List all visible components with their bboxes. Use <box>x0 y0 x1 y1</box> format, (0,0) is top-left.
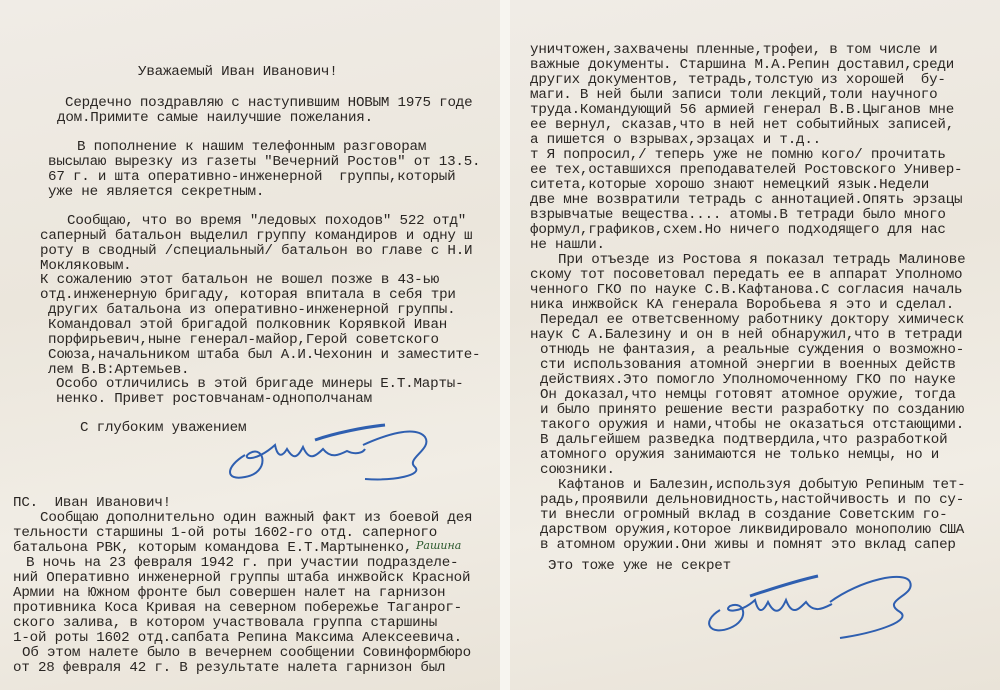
text-line: Командовал этой бригадой полковник Коряв… <box>48 317 447 333</box>
text-line: не нашли. <box>530 237 605 253</box>
signature-right <box>700 560 940 650</box>
text-line: отд.инженерную бригаду, которая впитала … <box>40 287 456 303</box>
text-line: Он доказал,что немцы готовят атомное ору… <box>540 387 956 403</box>
signature-left <box>215 415 475 485</box>
text-line: такого оружия и нами,чтобы не оказаться … <box>540 417 964 433</box>
text-line: скому тот посоветовал передать ее в аппа… <box>530 267 962 283</box>
text-line: других документов, тетрадь,толстую из хо… <box>530 72 946 88</box>
text-line: 1-ой роты 1602 отд.сапбата Репина Максим… <box>13 630 462 646</box>
text-line: ти внесли огромный вклад в создание Сове… <box>540 507 947 523</box>
text-line: 67 г. и шта оперативно-инженерной группы… <box>48 169 455 185</box>
text-line: К сожалению этот батальон не вошел позже… <box>40 272 439 288</box>
text-line: батальона РВК, которым командова Е.Т.Мар… <box>13 540 412 556</box>
handwritten-note: Рашина <box>416 539 461 552</box>
text-line: ского залива, в котором участвовала груп… <box>13 615 437 631</box>
letter-page-right: уничтожен,захвачены пленные,трофеи, в то… <box>510 0 1000 690</box>
text-line: ченного ГКО по науке С.В.Кафтанова.С сог… <box>530 282 962 298</box>
text-line: Сообщаю, что во время "ледовых походов" … <box>67 213 466 229</box>
text-line: В ночь на 23 февраля 1942 г. при участии… <box>26 555 458 571</box>
text-line: ний Оперативно инженерной группы штаба и… <box>13 570 470 586</box>
text-line: сти использования атомной энергии в воен… <box>540 357 956 373</box>
text-line: дарством оружия,которое ликвидировало мо… <box>540 522 964 538</box>
text-line: Об этом налете было в вечернем сообщении… <box>22 645 471 661</box>
text-line: уже не является секретным. <box>48 184 264 200</box>
text-line: Армии на Южном фронте был совершен налет… <box>13 585 445 601</box>
text-line: ПС. Иван Иванович! <box>13 495 171 511</box>
text-line: и было принято решение вести разработку … <box>540 402 964 418</box>
text-line: тельности старшины 1-ой роты 1602-го отд… <box>13 525 437 541</box>
text-line: в атомном оружии.Они живы и помнят это в… <box>540 537 956 553</box>
text-line: атомного оружия занимаются не только нем… <box>540 447 939 463</box>
text-line: Особо отличились в этой бригаде минеры Е… <box>56 376 463 392</box>
text-line: дом.Примите самые наилучшие пожелания. <box>57 110 373 126</box>
text-line: т Я попросил,/ теперь уже не помню кого/… <box>530 147 946 163</box>
text-line: действиях.Это помогло Уполномоченному ГК… <box>540 372 956 388</box>
text-line: важные документы. Старшина М.А.Репин дос… <box>530 57 954 73</box>
text-line: а пишется о взрывах,эрзацах и т.д.. <box>530 132 821 148</box>
text-line: В пополнение к нашим телефонным разговор… <box>77 139 426 155</box>
text-line: ее тех,оставшихся преподавателей Ростовс… <box>530 162 962 178</box>
text-line: наук С А.Балезину и он в ней обнаружил,ч… <box>530 327 962 343</box>
text-line: от 28 февраля 42 г. В результате налета … <box>13 660 445 676</box>
text-line: отнюдь не фантазия, а реальные суждения … <box>540 342 964 358</box>
text-line: Передал ее ответсвенному работнику докто… <box>540 312 964 328</box>
letter-page-left: Уважаемый Иван Иванович! Сердечно поздра… <box>0 0 500 690</box>
text-line: взрывчатые вещества.... атомы.В тетради … <box>530 207 946 223</box>
text-line: ситета,которые хорошо знают немецкий язы… <box>530 177 929 193</box>
text-line: маги. В ней были записи толи лекций,толи… <box>530 87 937 103</box>
text-line: ненко. Привет ростовчанам-однополчанам <box>56 391 372 407</box>
text-line: Союза,начальником штаба был А.И.Чехонин … <box>48 347 480 363</box>
text-line: Кафтанов и Балезин,используя добытую Реп… <box>558 477 965 493</box>
text-line: уничтожен,захвачены пленные,трофеи, в то… <box>530 42 937 58</box>
letter-greeting: Уважаемый Иван Иванович! <box>138 64 338 80</box>
text-line: высылаю вырезку из газеты "Вечерний Рост… <box>48 154 480 170</box>
text-line: ее вернул, сказав,что в ней нет событийн… <box>530 117 954 133</box>
text-line: При отъезде из Ростова я показал тетрадь… <box>558 252 965 268</box>
text-line: порфирьевич,ныне генерал-майор,Герой сов… <box>48 332 439 348</box>
text-line: Сердечно поздравляю с наступившим НОВЫМ … <box>65 95 472 111</box>
text-line: роту в сводный /специальный/ батальон во… <box>40 243 472 259</box>
text-line: формул,графиков,схем.Но ничего подходяще… <box>530 222 946 238</box>
text-line: В дальгейшем разведка подтвердила,что ра… <box>540 432 947 448</box>
text-line: противника Коса Кривая на северном побер… <box>13 600 462 616</box>
text-line: ника инжвойск КА генерала Воробьева я эт… <box>530 297 954 313</box>
text-line: две мне возвратили тетрадь с аннотацией.… <box>530 192 962 208</box>
text-line: Сообщаю дополнительно один важный факт и… <box>40 510 472 526</box>
text-line: других батальона из оперативно-инженерно… <box>48 302 455 318</box>
text-line: радь,проявили дельновидность,настойчивос… <box>540 492 964 508</box>
text-line: труда.Командующий 56 армией генерал В.В.… <box>530 102 954 118</box>
text-line: саперный батальон выделил группу команди… <box>40 228 472 244</box>
text-line: союзники. <box>540 462 615 478</box>
page-divider <box>500 0 510 690</box>
